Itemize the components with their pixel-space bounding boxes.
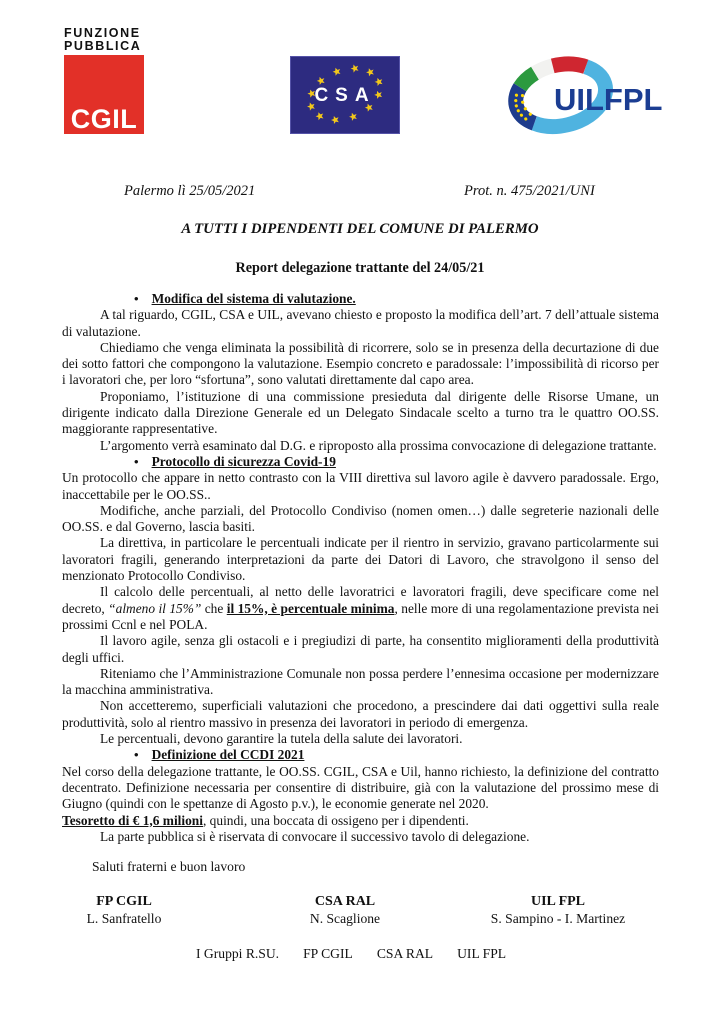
- cgil-red-square: CGIL: [64, 55, 144, 134]
- signature-name: L. Sanfratello: [38, 910, 210, 927]
- signature-uil-fpl: UIL FPL S. Sampino - I. Martinez: [462, 893, 654, 927]
- csa-logo-image: CSA: [290, 56, 400, 134]
- signature-fp-cgil: FP CGIL L. Sanfratello: [38, 893, 210, 927]
- paragraph: Chiediamo che venga eliminata la possibi…: [62, 340, 659, 389]
- paragraph: Un protocollo che appare in netto contra…: [62, 470, 659, 503]
- paragraph: Proponiamo, l’istituzione di una commiss…: [62, 389, 659, 438]
- paragraph: Modifiche, anche parziali, del Protocoll…: [62, 503, 659, 536]
- signature-org: CSA RAL: [260, 893, 430, 910]
- footer-item: UIL FPL: [457, 946, 506, 962]
- uilfpl-acronym: UILFPL: [554, 82, 663, 117]
- document-page: FUNZIONE PUBBLICA CGIL: [0, 0, 720, 1021]
- csa-acronym: CSA: [314, 85, 375, 106]
- section-heading-text: Protocollo di sicurezza Covid-19: [152, 454, 336, 469]
- section-heading: •Definizione del CCDI 2021: [62, 747, 659, 763]
- bullet-icon: •: [134, 291, 139, 306]
- fp-cgil-logo: FUNZIONE PUBBLICA CGIL: [64, 27, 150, 134]
- paragraph: Le percentuali, devono garantire la tute…: [62, 731, 659, 747]
- paragraph: Tesoretto di € 1,6 milioni, quindi, una …: [62, 813, 659, 829]
- protocol-number: Prot. n. 475/2021/UNI: [464, 183, 595, 200]
- paragraph: Nel corso della delegazione trattante, l…: [62, 764, 659, 813]
- bullet-icon: •: [134, 747, 139, 762]
- section-heading-text: Definizione del CCDI 2021: [152, 747, 305, 762]
- section-heading: •Modifica del sistema di valutazione.: [62, 291, 659, 307]
- closing-salutation: Saluti fraterni e buon lavoro: [92, 859, 245, 875]
- paragraph: L’argomento verrà esaminato dal D.G. e r…: [62, 438, 659, 454]
- place-date: Palermo lì 25/05/2021: [124, 183, 255, 200]
- paragraph: Il calcolo delle percentuali, al netto d…: [62, 584, 659, 633]
- signature-name: S. Sampino - I. Martinez: [462, 910, 654, 927]
- uilfpl-logo-image: UILFPL: [498, 48, 666, 144]
- funzione-pubblica-label: FUNZIONE PUBBLICA: [64, 27, 150, 53]
- uilfpl-logo: UILFPL: [498, 48, 666, 144]
- paragraph: La parte pubblica si è riservata di conv…: [62, 829, 659, 845]
- footer-signature-line: I Gruppi R.SU. FP CGIL CSA RAL UIL FPL: [196, 946, 506, 962]
- bullet-icon: •: [134, 454, 139, 469]
- paragraph: A tal riguardo, CGIL, CSA e UIL, avevano…: [62, 307, 659, 340]
- footer-item: I Gruppi R.SU.: [196, 946, 279, 962]
- section-heading: •Protocollo di sicurezza Covid-19: [62, 454, 659, 470]
- paragraph: La direttiva, in particolare le percentu…: [62, 535, 659, 584]
- section-heading-text: Modifica del sistema di valutazione.: [152, 291, 356, 306]
- document-subtitle: Report delegazione trattante del 24/05/2…: [0, 260, 720, 277]
- meta-row: Palermo lì 25/05/2021 Prot. n. 475/2021/…: [0, 183, 720, 201]
- footer-item: FP CGIL: [303, 946, 353, 962]
- signature-csa-ral: CSA RAL N. Scaglione: [260, 893, 430, 927]
- csa-logo: CSA: [290, 56, 400, 134]
- cgil-acronym: CGIL: [71, 104, 138, 134]
- signature-name: N. Scaglione: [260, 910, 430, 927]
- pubblica-label: PUBBLICA: [64, 39, 141, 53]
- paragraph: Non accetteremo, superficiali valutazion…: [62, 698, 659, 731]
- footer-item: CSA RAL: [377, 946, 433, 962]
- signature-org: FP CGIL: [38, 893, 210, 910]
- funzione-label: FUNZIONE: [64, 26, 141, 40]
- paragraph: Il lavoro agile, senza gli ostacoli e i …: [62, 633, 659, 666]
- document-title: A TUTTI I DIPENDENTI DEL COMUNE DI PALER…: [0, 221, 720, 238]
- signature-org: UIL FPL: [462, 893, 654, 910]
- paragraph: Riteniamo che l’Amministrazione Comunale…: [62, 666, 659, 699]
- document-body: •Modifica del sistema di valutazione.A t…: [62, 291, 659, 845]
